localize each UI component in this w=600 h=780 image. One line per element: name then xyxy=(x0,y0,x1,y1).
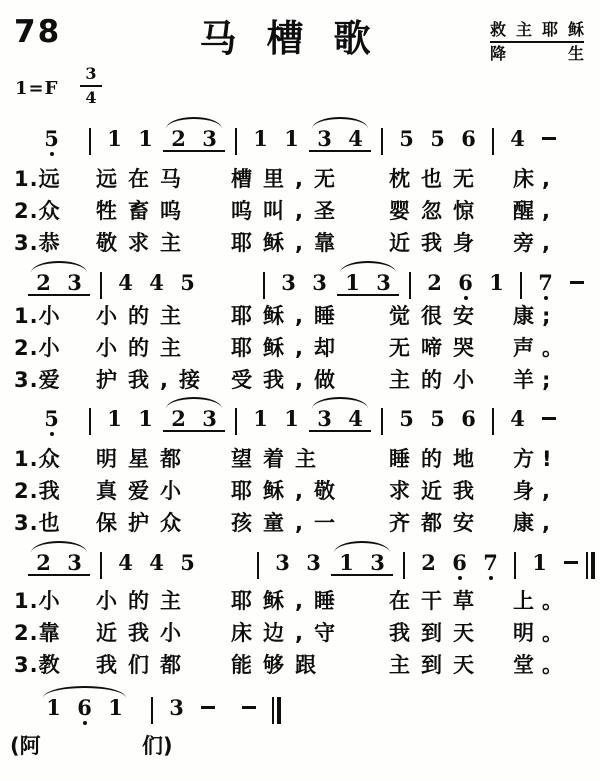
note-digit: 1 xyxy=(339,552,354,573)
note-digit: 5 xyxy=(44,128,59,149)
lyric-cell: 明星都 xyxy=(96,446,231,472)
note-digit: 6 xyxy=(461,128,476,149)
note-digit: 4 xyxy=(510,128,525,149)
spacer xyxy=(131,687,143,688)
note-digit: 4 xyxy=(510,408,525,429)
note-digit: 4 xyxy=(348,128,363,149)
barline-mark xyxy=(409,272,411,299)
duration-dash xyxy=(192,687,223,709)
lyric-row: 1.远远在马槽里,无枕也无床, xyxy=(14,166,600,198)
note: 1 xyxy=(481,262,512,293)
note: 6 xyxy=(453,398,484,429)
barline xyxy=(373,398,391,435)
duration-dash xyxy=(533,118,564,140)
barline-mark xyxy=(520,272,522,299)
barline-mark xyxy=(235,128,237,155)
lyric-cell: 1.远 xyxy=(14,166,96,192)
note: 5 xyxy=(36,118,67,156)
note-group: 161 xyxy=(38,687,131,725)
note: 5 xyxy=(422,118,453,149)
barline xyxy=(484,398,502,435)
barline xyxy=(81,118,99,155)
lyric-cell: 康; xyxy=(513,303,600,329)
lyric-cell: 床, xyxy=(513,166,600,192)
lyric-row: 3.恭敬求主耶稣,靠近我身旁, xyxy=(14,230,600,262)
lyric-cell: 近我小 xyxy=(96,620,231,646)
note: 3 xyxy=(267,542,298,573)
note-digit: 7 xyxy=(483,552,498,573)
duration-dash xyxy=(233,687,264,709)
lyric-cell: 齐都安 xyxy=(389,510,513,536)
music-line-amen: 1613 xyxy=(26,687,288,725)
note: 3 xyxy=(194,408,225,429)
spacer xyxy=(223,687,233,688)
music-line-4: 2344533132671 xyxy=(26,542,600,580)
final-barline-thick xyxy=(591,552,595,579)
lyric-cell: 旁, xyxy=(513,230,600,256)
note-digit: 1 xyxy=(138,128,153,149)
lyric-cell: 床边,守 xyxy=(231,620,389,646)
note-digit: 1 xyxy=(107,408,122,429)
lyric-cell: 枕也无 xyxy=(389,166,513,192)
slur-arc xyxy=(31,541,87,553)
lyric-cell: 我到天 xyxy=(389,620,513,646)
note-digit: 1 xyxy=(284,408,299,429)
lyric-cell: 无啼哭 xyxy=(389,335,513,361)
barline xyxy=(484,118,502,155)
lyric-row: 1.小小的主耶稣,睡在干草上。 xyxy=(14,588,600,620)
note-digit: 1 xyxy=(108,697,123,718)
note: 3 xyxy=(194,128,225,149)
amen-lyric-open: (阿 xyxy=(10,730,41,760)
slur-arc xyxy=(312,117,368,129)
note: 1 xyxy=(276,118,307,149)
note: 3 xyxy=(368,272,399,293)
note-digit: 2 xyxy=(36,552,51,573)
note: 6 xyxy=(453,118,484,149)
lyric-cell: 主到天 xyxy=(389,652,513,678)
note: 3 xyxy=(309,408,340,429)
music-line-1: 5112311345564 xyxy=(36,118,564,156)
note: 6 xyxy=(444,542,475,580)
note-digit: 1 xyxy=(253,408,268,429)
lyric-cell: 耶稣,睡 xyxy=(231,303,389,329)
lyric-cell: 醒, xyxy=(513,198,600,224)
barline xyxy=(401,262,419,299)
lyric-cell: 方! xyxy=(513,446,600,472)
lyric-cell: 耶稣,敬 xyxy=(231,478,389,504)
beam-row: 23 xyxy=(163,408,225,432)
note-digit: 1 xyxy=(46,697,61,718)
note-digit: 3 xyxy=(376,272,391,293)
note-digit: 5 xyxy=(430,408,445,429)
lyric-cell: 望着主 xyxy=(231,446,389,472)
lyric-cell: 3.也 xyxy=(14,510,96,536)
dash-mark xyxy=(242,706,256,709)
note-digit: 4 xyxy=(348,408,363,429)
note: 2 xyxy=(163,128,194,149)
lyric-cell: 耶稣,却 xyxy=(231,335,389,361)
note-digit: 3 xyxy=(281,272,296,293)
barline xyxy=(506,542,524,579)
note: 5 xyxy=(391,398,422,429)
barline-mark xyxy=(89,408,91,435)
lyric-row: 3.教我们都能够跟主到天堂。 xyxy=(14,652,600,684)
lyric-cell: 小的主 xyxy=(96,588,231,614)
final-barline-thick xyxy=(277,697,281,724)
slur-arc xyxy=(43,686,126,698)
note: 4 xyxy=(502,118,533,149)
lyric-cell: 2.靠 xyxy=(14,620,96,646)
note: 5 xyxy=(391,118,422,149)
slur-arc xyxy=(334,541,390,553)
spacer xyxy=(264,687,272,688)
beam-row: 23 xyxy=(28,552,90,576)
barline-mark xyxy=(89,128,91,155)
note-digit: 4 xyxy=(149,272,164,293)
note: 5 xyxy=(422,398,453,429)
note-digit: 6 xyxy=(77,697,92,718)
note-digit: 3 xyxy=(202,408,217,429)
spacer xyxy=(203,262,255,263)
lyric-row: 1.众明星都望着主睡的地方! xyxy=(14,446,600,478)
note-digit: 1 xyxy=(138,408,153,429)
duration-dash xyxy=(533,398,564,420)
note: 2 xyxy=(28,272,59,293)
note: 1 xyxy=(331,552,362,573)
lyric-block-3: 1.众明星都望着主睡的地方!2.我真爱小耶稣,敬求近我身,3.也保护众孩童,一齐… xyxy=(14,446,600,542)
low-octave-dot xyxy=(464,296,468,300)
note-group: 34 xyxy=(307,398,373,432)
note: 4 xyxy=(141,542,172,573)
note-digit: 4 xyxy=(118,552,133,573)
note: 1 xyxy=(99,118,130,149)
lyric-cell: 槽里,无 xyxy=(231,166,389,192)
note-digit: 5 xyxy=(44,408,59,429)
note: 3 xyxy=(362,552,393,573)
barline-mark xyxy=(381,128,383,155)
note: 2 xyxy=(413,542,444,573)
dash-mark xyxy=(201,706,215,709)
note: 5 xyxy=(172,262,203,293)
lyric-cell: 耶稣,靠 xyxy=(231,230,389,256)
lyric-cell: 1.众 xyxy=(14,446,96,472)
note-digit: 2 xyxy=(421,552,436,573)
lyric-cell: 康, xyxy=(513,510,600,536)
note-digit: 3 xyxy=(317,408,332,429)
note: 1 xyxy=(130,118,161,149)
time-signature-numerator: 3 xyxy=(80,64,102,87)
beam-row: 13 xyxy=(331,552,393,576)
lyric-cell: 小的主 xyxy=(96,303,231,329)
note-digit: 3 xyxy=(67,272,82,293)
note-group: 34 xyxy=(307,118,373,152)
lyric-cell: 2.众 xyxy=(14,198,96,224)
beam-row: 13 xyxy=(337,272,399,296)
note: 1 xyxy=(245,398,276,429)
lyric-cell: 在干草 xyxy=(389,588,513,614)
note: 3 xyxy=(59,552,90,573)
lyric-cell: 堂。 xyxy=(513,652,600,678)
note-digit: 3 xyxy=(67,552,82,573)
group-row: 161 xyxy=(38,697,131,725)
note-digit: 6 xyxy=(458,272,473,293)
note: 3 xyxy=(59,272,90,293)
lyric-row: 3.也保护众孩童,一齐都安康, xyxy=(14,510,600,542)
lyric-cell: 呜叫,圣 xyxy=(231,198,389,224)
note-group: 13 xyxy=(329,542,395,576)
duration-dash xyxy=(555,542,586,564)
duration-dash xyxy=(561,262,592,284)
note-digit: 5 xyxy=(180,552,195,573)
lyric-cell: 求近我 xyxy=(389,478,513,504)
lyric-cell: 受我,做 xyxy=(231,367,389,393)
lyric-cell: 1.小 xyxy=(14,303,96,329)
note: 2 xyxy=(28,552,59,573)
slur-arc xyxy=(31,261,87,273)
lyric-cell: 身, xyxy=(513,478,600,504)
slur-arc xyxy=(166,397,222,409)
beam-row: 23 xyxy=(163,128,225,152)
lyric-block-4: 1.小小的主耶稣,睡在干草上。2.靠近我小床边,守我到天明。3.教我们都能够跟主… xyxy=(14,588,600,684)
lyric-block-2: 1.小小的主耶稣,睡觉很安康;2.小小的主耶稣,却无啼哭声。3.爱护我,接受我,… xyxy=(14,303,600,399)
final-barline xyxy=(586,542,600,579)
amen-lyric-close: 们) xyxy=(142,730,173,760)
lyric-cell: 远在马 xyxy=(96,166,231,192)
note-group: 23 xyxy=(26,542,92,576)
beam-row: 34 xyxy=(309,128,371,152)
dash-mark xyxy=(542,137,556,140)
note: 4 xyxy=(340,128,371,149)
barline-mark xyxy=(403,552,405,579)
lyric-cell: 能够跟 xyxy=(231,652,389,678)
lyric-cell: 真爱小 xyxy=(96,478,231,504)
note: 6 xyxy=(450,262,481,300)
note-digit: 2 xyxy=(427,272,442,293)
barline xyxy=(395,542,413,579)
lyric-cell: 上。 xyxy=(513,588,600,614)
note: 7 xyxy=(475,542,506,580)
note: 4 xyxy=(502,398,533,429)
barline xyxy=(227,118,245,155)
note-digit: 3 xyxy=(370,552,385,573)
barline-mark xyxy=(257,552,259,579)
barline-mark xyxy=(492,128,494,155)
note-digit: 6 xyxy=(461,408,476,429)
note-digit: 3 xyxy=(317,128,332,149)
note: 7 xyxy=(530,262,561,300)
beam-row: 34 xyxy=(309,408,371,432)
note: 1 xyxy=(245,118,276,149)
note-digit: 2 xyxy=(171,128,186,149)
low-octave-dot xyxy=(50,432,54,436)
note: 2 xyxy=(163,408,194,429)
note: 4 xyxy=(110,262,141,293)
lyric-cell: 小的主 xyxy=(96,335,231,361)
low-octave-dot xyxy=(83,721,87,725)
lyric-cell: 3.教 xyxy=(14,652,96,678)
note-digit: 2 xyxy=(36,272,51,293)
lyric-cell: 睡的地 xyxy=(389,446,513,472)
lyric-cell: 主的小 xyxy=(389,367,513,393)
hymn-number: 78 xyxy=(14,14,61,50)
page-title: 马槽歌 xyxy=(200,8,401,62)
lyric-cell: 婴忽惊 xyxy=(389,198,513,224)
time-signature: 3 4 xyxy=(80,64,102,108)
note-digit: 1 xyxy=(284,128,299,149)
barline-mark xyxy=(514,552,516,579)
barline xyxy=(227,398,245,435)
note-digit: 5 xyxy=(180,272,195,293)
lyric-cell: 牲畜呜 xyxy=(96,198,231,224)
dash-mark xyxy=(542,417,556,420)
lyric-cell: 1.小 xyxy=(14,588,96,614)
note-digit: 6 xyxy=(452,552,467,573)
lyric-cell: 2.小 xyxy=(14,335,96,361)
barline-mark xyxy=(151,697,153,724)
note: 3 xyxy=(273,262,304,293)
lyric-row: 2.众牲畜呜呜叫,圣婴忽惊醒, xyxy=(14,198,600,230)
lyric-cell: 明。 xyxy=(513,620,600,646)
barline-mark xyxy=(100,552,102,579)
spacer xyxy=(67,398,81,399)
lyric-cell: 声。 xyxy=(513,335,600,361)
barline-mark xyxy=(263,272,265,299)
note-digit: 5 xyxy=(399,408,414,429)
music-line-3: 5112311345564 xyxy=(36,398,564,436)
note-digit: 3 xyxy=(169,697,184,718)
lyric-cell: 羊; xyxy=(513,367,600,393)
lyric-row: 2.小小的主耶稣,却无啼哭声。 xyxy=(14,335,600,367)
topic-label: 救主耶稣 降生 xyxy=(490,20,584,64)
note: 1 xyxy=(99,398,130,429)
note-digit: 4 xyxy=(149,552,164,573)
note-digit: 3 xyxy=(312,272,327,293)
lyric-cell: 3.爱 xyxy=(14,367,96,393)
barline xyxy=(92,542,110,579)
barline xyxy=(512,262,530,299)
final-barline-thin xyxy=(586,552,588,579)
spacer xyxy=(203,542,249,543)
lyric-block-1: 1.远远在马槽里,无枕也无床,2.众牲畜呜呜叫,圣婴忽惊醒,3.恭敬求主耶稣,靠… xyxy=(14,166,600,262)
barline xyxy=(249,542,267,579)
lyric-cell: 我们都 xyxy=(96,652,231,678)
low-octave-dot xyxy=(50,152,54,156)
barline-mark xyxy=(381,408,383,435)
barline xyxy=(373,118,391,155)
topic-line-2: 降生 xyxy=(490,43,584,64)
barline xyxy=(255,262,273,299)
lyric-cell: 敬求主 xyxy=(96,230,231,256)
note-digit: 1 xyxy=(345,272,360,293)
note-group: 23 xyxy=(161,398,227,432)
barline-mark xyxy=(100,272,102,299)
music-line-2: 2344533132617 xyxy=(26,262,592,300)
dash-mark xyxy=(564,561,578,564)
lyric-cell: 护我,接 xyxy=(96,367,231,393)
note: 4 xyxy=(340,408,371,429)
barline-mark xyxy=(235,408,237,435)
note-digit: 1 xyxy=(532,552,547,573)
note: 3 xyxy=(298,542,329,573)
lyric-cell: 耶稣,睡 xyxy=(231,588,389,614)
note: 6 xyxy=(69,697,100,725)
note-group: 13 xyxy=(335,262,401,296)
note-digit: 3 xyxy=(275,552,290,573)
hymn-sheet-page: 78 马槽歌 救主耶稣 降生 1=F 3 4 5112311345564 1.远… xyxy=(0,0,600,780)
note-digit: 5 xyxy=(430,128,445,149)
lyric-cell: 3.恭 xyxy=(14,230,96,256)
time-signature-denominator: 4 xyxy=(80,87,102,108)
note: 1 xyxy=(100,697,131,725)
barline xyxy=(81,398,99,435)
spacer xyxy=(26,687,38,688)
low-octave-dot xyxy=(489,576,493,580)
note: 2 xyxy=(419,262,450,293)
note: 1 xyxy=(130,398,161,429)
note-digit: 3 xyxy=(202,128,217,149)
lyric-row: 2.靠近我小床边,守我到天明。 xyxy=(14,620,600,652)
note-digit: 5 xyxy=(399,128,414,149)
note-group: 23 xyxy=(26,262,92,296)
lyric-cell: 2.我 xyxy=(14,478,96,504)
note: 3 xyxy=(161,687,192,718)
slur-arc xyxy=(166,117,222,129)
slur-arc xyxy=(312,397,368,409)
low-octave-dot xyxy=(544,296,548,300)
final-barline xyxy=(272,687,288,724)
slur-arc xyxy=(340,261,396,273)
final-barline-thin xyxy=(272,697,274,724)
barline xyxy=(143,687,161,724)
note-digit: 4 xyxy=(118,272,133,293)
topic-line-1: 救主耶稣 xyxy=(490,20,584,43)
lyric-cell: 保护众 xyxy=(96,510,231,536)
note: 4 xyxy=(110,542,141,573)
note: 5 xyxy=(36,398,67,436)
note-digit: 1 xyxy=(253,128,268,149)
note: 1 xyxy=(337,272,368,293)
note: 1 xyxy=(276,398,307,429)
key-signature: 1=F xyxy=(15,78,58,99)
lyric-row: 2.我真爱小耶稣,敬求近我身, xyxy=(14,478,600,510)
note: 3 xyxy=(304,262,335,293)
note-digit: 1 xyxy=(489,272,504,293)
note-group: 23 xyxy=(161,118,227,152)
note: 3 xyxy=(309,128,340,149)
lyric-cell: 孩童,一 xyxy=(231,510,389,536)
note: 4 xyxy=(141,262,172,293)
dash-mark xyxy=(570,281,584,284)
note: 5 xyxy=(172,542,203,573)
beam-row: 23 xyxy=(28,272,90,296)
barline-mark xyxy=(492,408,494,435)
spacer xyxy=(67,118,81,119)
low-octave-dot xyxy=(458,576,462,580)
note: 1 xyxy=(38,697,69,725)
lyric-cell: 觉很安 xyxy=(389,303,513,329)
note-digit: 2 xyxy=(171,408,186,429)
barline xyxy=(92,262,110,299)
note-digit: 7 xyxy=(538,272,553,293)
lyric-cell: 近我身 xyxy=(389,230,513,256)
note-digit: 1 xyxy=(107,128,122,149)
note-digit: 3 xyxy=(306,552,321,573)
lyric-row: 3.爱护我,接受我,做主的小羊; xyxy=(14,367,600,399)
note: 1 xyxy=(524,542,555,573)
lyric-row: 1.小小的主耶稣,睡觉很安康; xyxy=(14,303,600,335)
